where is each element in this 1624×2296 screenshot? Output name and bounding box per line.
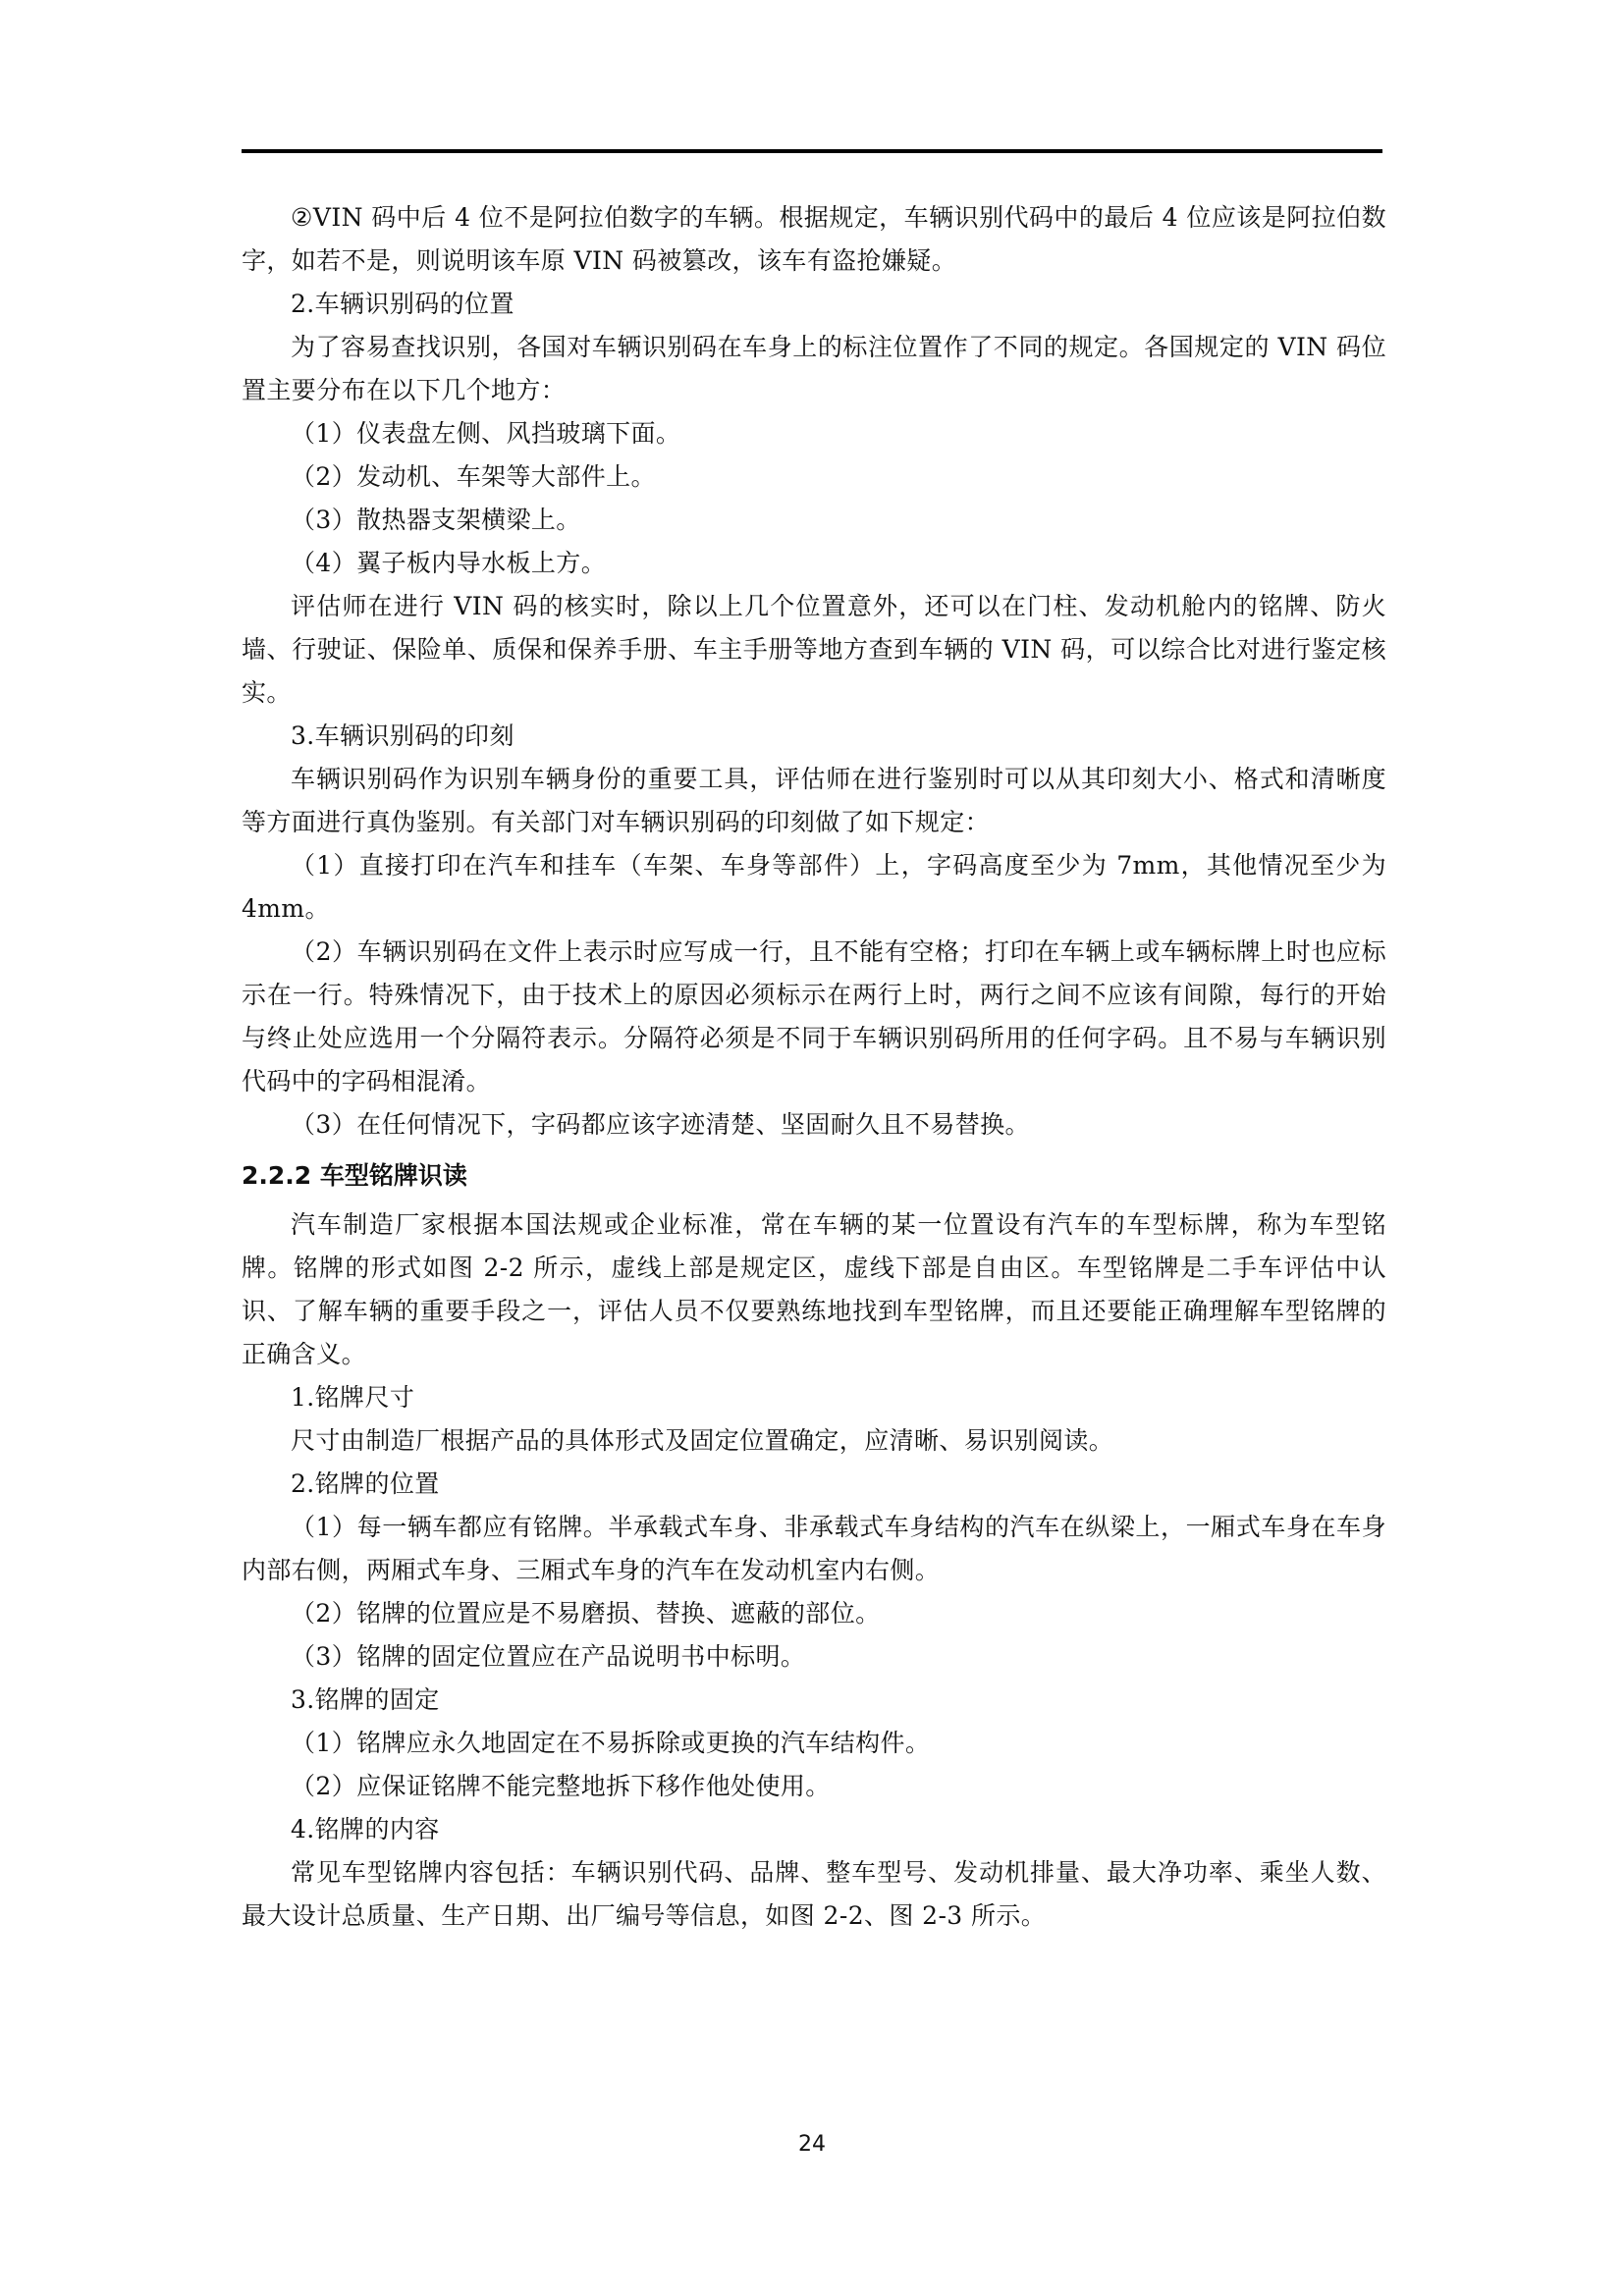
subheading-nameplate-location: 2.铭牌的位置 — [242, 1463, 1386, 1506]
paragraph-vin-verification: 评估师在进行 VIN 码的核实时，除以上几个位置意外，还可以在门柱、发动机舱内的… — [242, 585, 1386, 715]
header-rule — [242, 149, 1382, 153]
list-item-engraving-3: （3）在任何情况下，字码都应该字迹清楚、坚固耐久且不易替换。 — [242, 1103, 1386, 1147]
list-item-engraving-2: （2）车辆识别码在文件上表示时应写成一行，且不能有空格；打印在车辆上或车辆标牌上… — [242, 931, 1386, 1103]
subheading-nameplate-content: 4.铭牌的内容 — [242, 1808, 1386, 1851]
list-item-nameplate-fixing-1: （1）铭牌应永久地固定在不易拆除或更换的汽车结构件。 — [242, 1722, 1386, 1765]
list-item-nameplate-location-3: （3）铭牌的固定位置应在产品说明书中标明。 — [242, 1635, 1386, 1679]
list-item-nameplate-location-2: （2）铭牌的位置应是不易磨损、替换、遮蔽的部位。 — [242, 1592, 1386, 1635]
subheading-vin-location: 2.车辆识别码的位置 — [242, 283, 1386, 326]
list-item-location-4: （4）翼子板内导水板上方。 — [242, 542, 1386, 585]
paragraph-vin-engraving-intro: 车辆识别码作为识别车辆身份的重要工具，评估师在进行鉴别时可以从其印刻大小、格式和… — [242, 758, 1386, 844]
paragraph-nameplate-size: 尺寸由制造厂根据产品的具体形式及固定位置确定，应清晰、易识别阅读。 — [242, 1419, 1386, 1463]
subheading-vin-engraving: 3.车辆识别码的印刻 — [242, 715, 1386, 758]
list-item-engraving-1: （1）直接打印在汽车和挂车（车架、车身等部件）上，字码高度至少为 7mm，其他情… — [242, 844, 1386, 931]
paragraph-nameplate-content: 常见车型铭牌内容包括：车辆识别代码、品牌、整车型号、发动机排量、最大净功率、乘坐… — [242, 1851, 1386, 1938]
subheading-nameplate-fixing: 3.铭牌的固定 — [242, 1679, 1386, 1722]
section-heading-2-2-2: 2.2.2 车型铭牌识读 — [242, 1154, 1386, 1198]
subheading-nameplate-size: 1.铭牌尺寸 — [242, 1376, 1386, 1419]
list-item-location-2: （2）发动机、车架等大部件上。 — [242, 455, 1386, 499]
paragraph-vin-last-four-digits: ②VIN 码中后 4 位不是阿拉伯数字的车辆。根据规定，车辆识别代码中的最后 4… — [242, 196, 1386, 283]
list-item-location-3: （3）散热器支架横梁上。 — [242, 499, 1386, 542]
list-item-location-1: （1）仪表盘左侧、风挡玻璃下面。 — [242, 412, 1386, 455]
list-item-nameplate-fixing-2: （2）应保证铭牌不能完整地拆下移作他处使用。 — [242, 1765, 1386, 1808]
page-number: 24 — [0, 2132, 1624, 2157]
list-item-nameplate-location-1: （1）每一辆车都应有铭牌。半承载式车身、非承载式车身结构的汽车在纵梁上，一厢式车… — [242, 1506, 1386, 1592]
page-body: ②VIN 码中后 4 位不是阿拉伯数字的车辆。根据规定，车辆识别代码中的最后 4… — [242, 196, 1386, 1938]
paragraph-nameplate-intro: 汽车制造厂家根据本国法规或企业标准，常在车辆的某一位置设有汽车的车型标牌，称为车… — [242, 1203, 1386, 1376]
paragraph-vin-location-intro: 为了容易查找识别，各国对车辆识别码在车身上的标注位置作了不同的规定。各国规定的 … — [242, 326, 1386, 412]
